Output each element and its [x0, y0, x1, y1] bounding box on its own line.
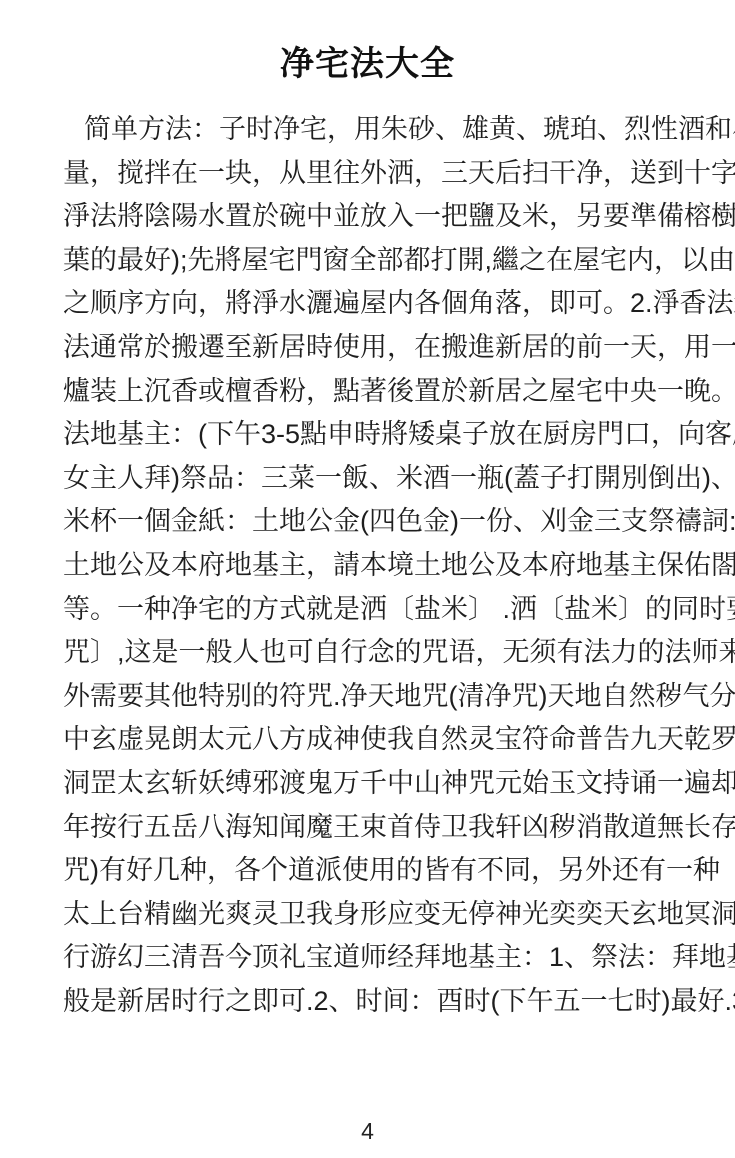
body-line: 行游幻三清吾今顶礼宝道师经拜地基主：1、祭法：拜地基主， 一 [63, 936, 672, 980]
body-line: 之顺序方向，將淨水灑遍屋内各個角落，即可。2.淨香法這種淨宅之 [63, 282, 672, 326]
body-line: 洞罡太玄斩妖缚邪渡鬼万千中山神咒元始玉文持诵一遍却病延 [63, 762, 672, 806]
document-title: 净宅法大全 [0, 0, 735, 86]
body-line: 葉的最好);先將屋宅門窗全部都打開,繼之在屋宅内，以由内而外 [63, 239, 672, 283]
body-line: 外需要其他特别的符咒.净天地咒(清净咒)天地自然秽气分散洞 [63, 675, 672, 719]
body-line: 法地基主：(下午3-5點申時將矮桌子放在厨房門口，向客廳方向，由 [63, 413, 672, 457]
body-line: 咒〕,这是一般人也可自行念的咒语，无须有法力的法师来念，或另 [63, 631, 672, 675]
body-line: 爐装上沉香或檀香粉，點著後置於新居之屋宅中央一晚。3.拜地基主 [63, 370, 672, 414]
body-line: 年按行五岳八海知闻魔王束首侍卫我轩凶秽消散道無长存〔清净 [63, 806, 672, 850]
body-line: 咒)有好几种，各个道派使用的皆有不同，另外还有一种〔平安咒〕： [63, 849, 672, 893]
body-line: 等。一种净宅的方式就是洒〔盐米〕 .洒〔盐米〕的同时要念〔清净 [63, 588, 672, 632]
body-line: 量，搅拌在一块，从里往外洒，三天后扫干净，送到十字路口。1.灑 [63, 152, 672, 196]
document-page: 净宅法大全 简单方法：子时净宅，用朱砂、雄黄、琥珀、烈性酒和小米，各适 量，搅拌… [0, 0, 735, 1158]
page-number: 4 [0, 1116, 735, 1146]
body-line: 般是新居时行之即可.2、时间：酉时(下午五一七时)最好.3、 [63, 980, 672, 1024]
body-line: 中玄虚晃朗太元八方成神使我自然灵宝符命普告九天乾罗怛哪 [63, 718, 672, 762]
body-line: 淨法將陰陽水置於碗中並放入一把鹽及米，另要準備榕樹枝(一梗七 [63, 195, 672, 239]
body-line: 太上台精幽光爽灵卫我身形应变无停神光奕奕天玄地冥洞澈五 [63, 893, 672, 937]
body-line: 土地公及本府地基主，請本境土地公及本府地基主保佑閤家平安....等 [63, 544, 672, 588]
body-line: 法通常於搬遷至新居時使用，在搬進新居的前一天，用一個小的淨香 [63, 326, 672, 370]
body-line: 米杯一個金紙：土地公金(四色金)一份、刈金三支祭禱詞:拜請本境 [63, 500, 672, 544]
document-body: 简单方法：子时净宅，用朱砂、雄黄、琥珀、烈性酒和小米，各适 量，搅拌在一块，从里… [63, 108, 672, 1023]
body-line: 女主人拜)祭品：三菜一飯、米酒一瓶(蓋子打開別倒出)、香三枝、 [63, 457, 672, 501]
body-line: 简单方法：子时净宅，用朱砂、雄黄、琥珀、烈性酒和小米，各适 [63, 108, 672, 152]
